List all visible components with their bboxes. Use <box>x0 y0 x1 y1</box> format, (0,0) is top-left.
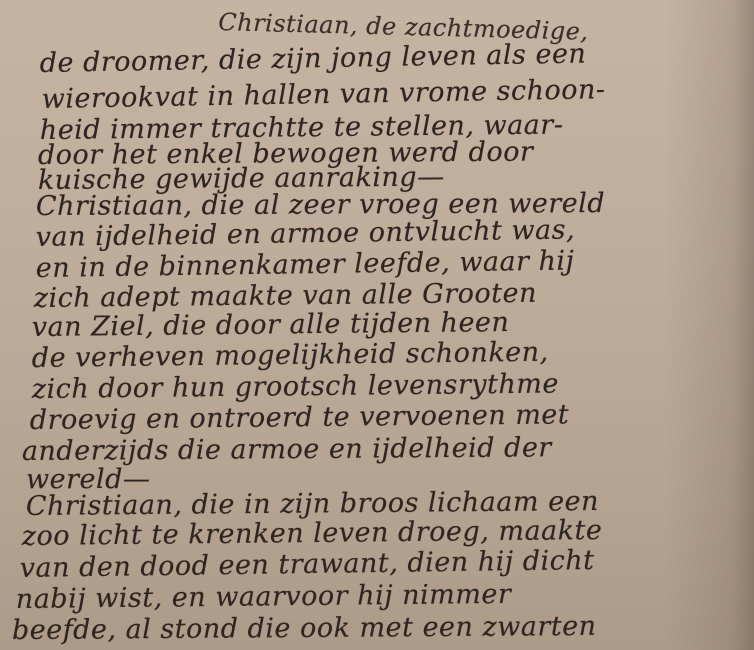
manuscript-line: wierookvat in hallen van vrome schoon- <box>41 74 605 115</box>
manuscript-page: Christiaan, de zachtmoedige, de droomer,… <box>0 0 754 650</box>
manuscript-line: droevig en ontroerd te vervoenen met <box>30 399 570 436</box>
manuscript-line: nabij wist, en waarvoor hij nimmer <box>16 579 512 615</box>
manuscript-line: beefde, al stond die ook met een zwarten <box>12 611 597 646</box>
manuscript-line: de droomer, die zijn jong leven als een <box>39 38 586 79</box>
manuscript-line: anderzijds die armoe en ijdelheid der <box>22 432 552 467</box>
